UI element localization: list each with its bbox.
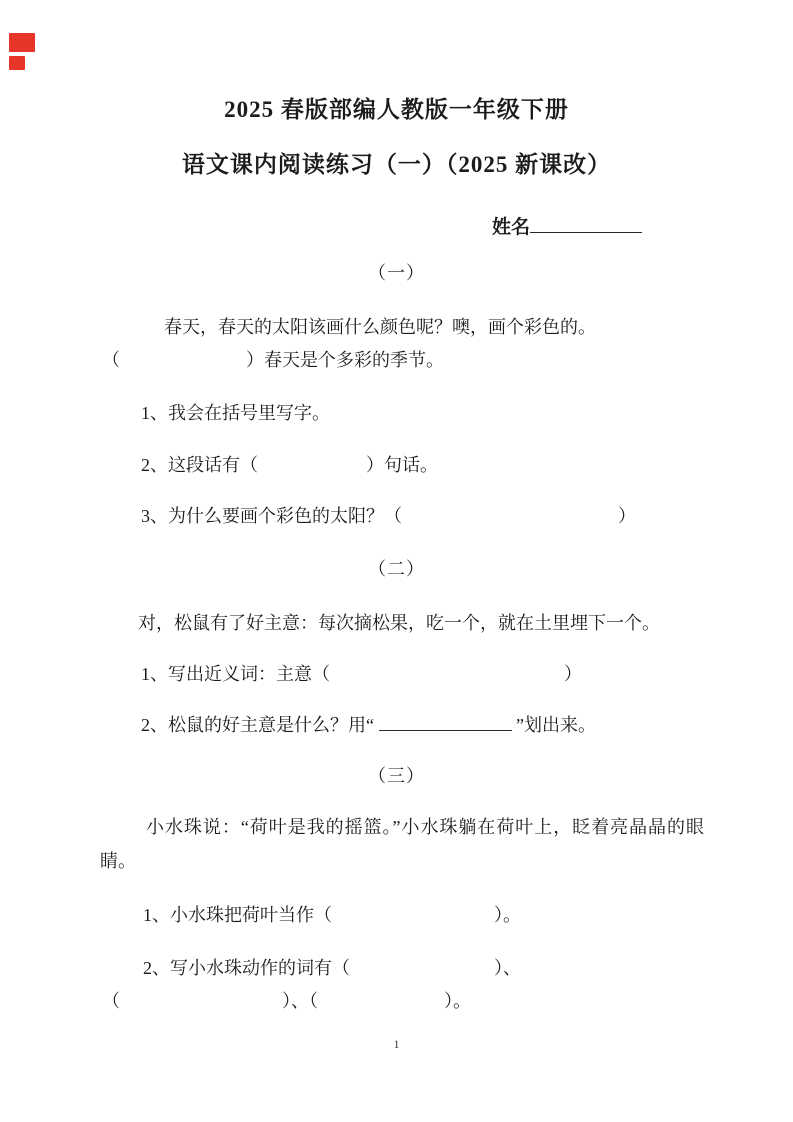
section1-question1: 1、我会在括号里写字。 [141,400,330,426]
section2-question1: 1、写出近义词：主意（ ） [141,661,582,687]
section1-header: （一） [0,260,793,286]
section1-question2: 2、这段话有（ ）句话。 [141,452,438,478]
red-corner-mark [9,33,35,52]
worksheet-page: 2025 春版部编人教版一年级下册 语文课内阅读练习（一）（2025 新课改） … [0,0,793,1122]
section1-paragraph-line2: （ ）春天是个多彩的季节。 [102,347,444,373]
section3-question2-line1: 2、写小水珠动作的词有（ ）、 [143,955,521,981]
red-corner-mark [9,56,25,70]
section2-question2: 2、松鼠的好主意是什么？用“ ”划出来。 [141,712,596,738]
answer-blank-line [379,712,512,731]
section2-question2-suffix: ”划出来。 [512,715,597,735]
section1-paragraph-line1: 春天，春天的太阳该画什么颜色呢？噢，画个彩色的。 [164,314,596,340]
section3-question2-line2: （ ）、（ ）。 [102,988,471,1014]
section1-question3: 3、为什么要画个彩色的太阳？（ ） [141,503,636,529]
section2-paragraph: 对，松鼠有了好主意：每次摘松果，吃一个，就在土里埋下一个。 [138,610,660,636]
doc-title-line1: 2025 春版部编人教版一年级下册 [0,97,793,123]
name-blank-line [530,213,642,233]
name-label: 姓名 [492,217,530,238]
name-row: 姓名 [492,212,642,239]
page-number: 1 [0,1037,793,1052]
section3-header: （三） [0,763,793,789]
section3-paragraph: 小水珠说：“荷叶是我的摇篮。”小水珠躺在荷叶上，眨着亮晶晶的眼睛。 [100,810,704,878]
section3-question1: 1、小水珠把荷叶当作（ ）。 [143,902,521,928]
section2-header: （二） [0,556,793,582]
doc-title-line2: 语文课内阅读练习（一）（2025 新课改） [0,152,793,178]
section2-question2-prefix: 2、松鼠的好主意是什么？用“ [141,715,379,735]
